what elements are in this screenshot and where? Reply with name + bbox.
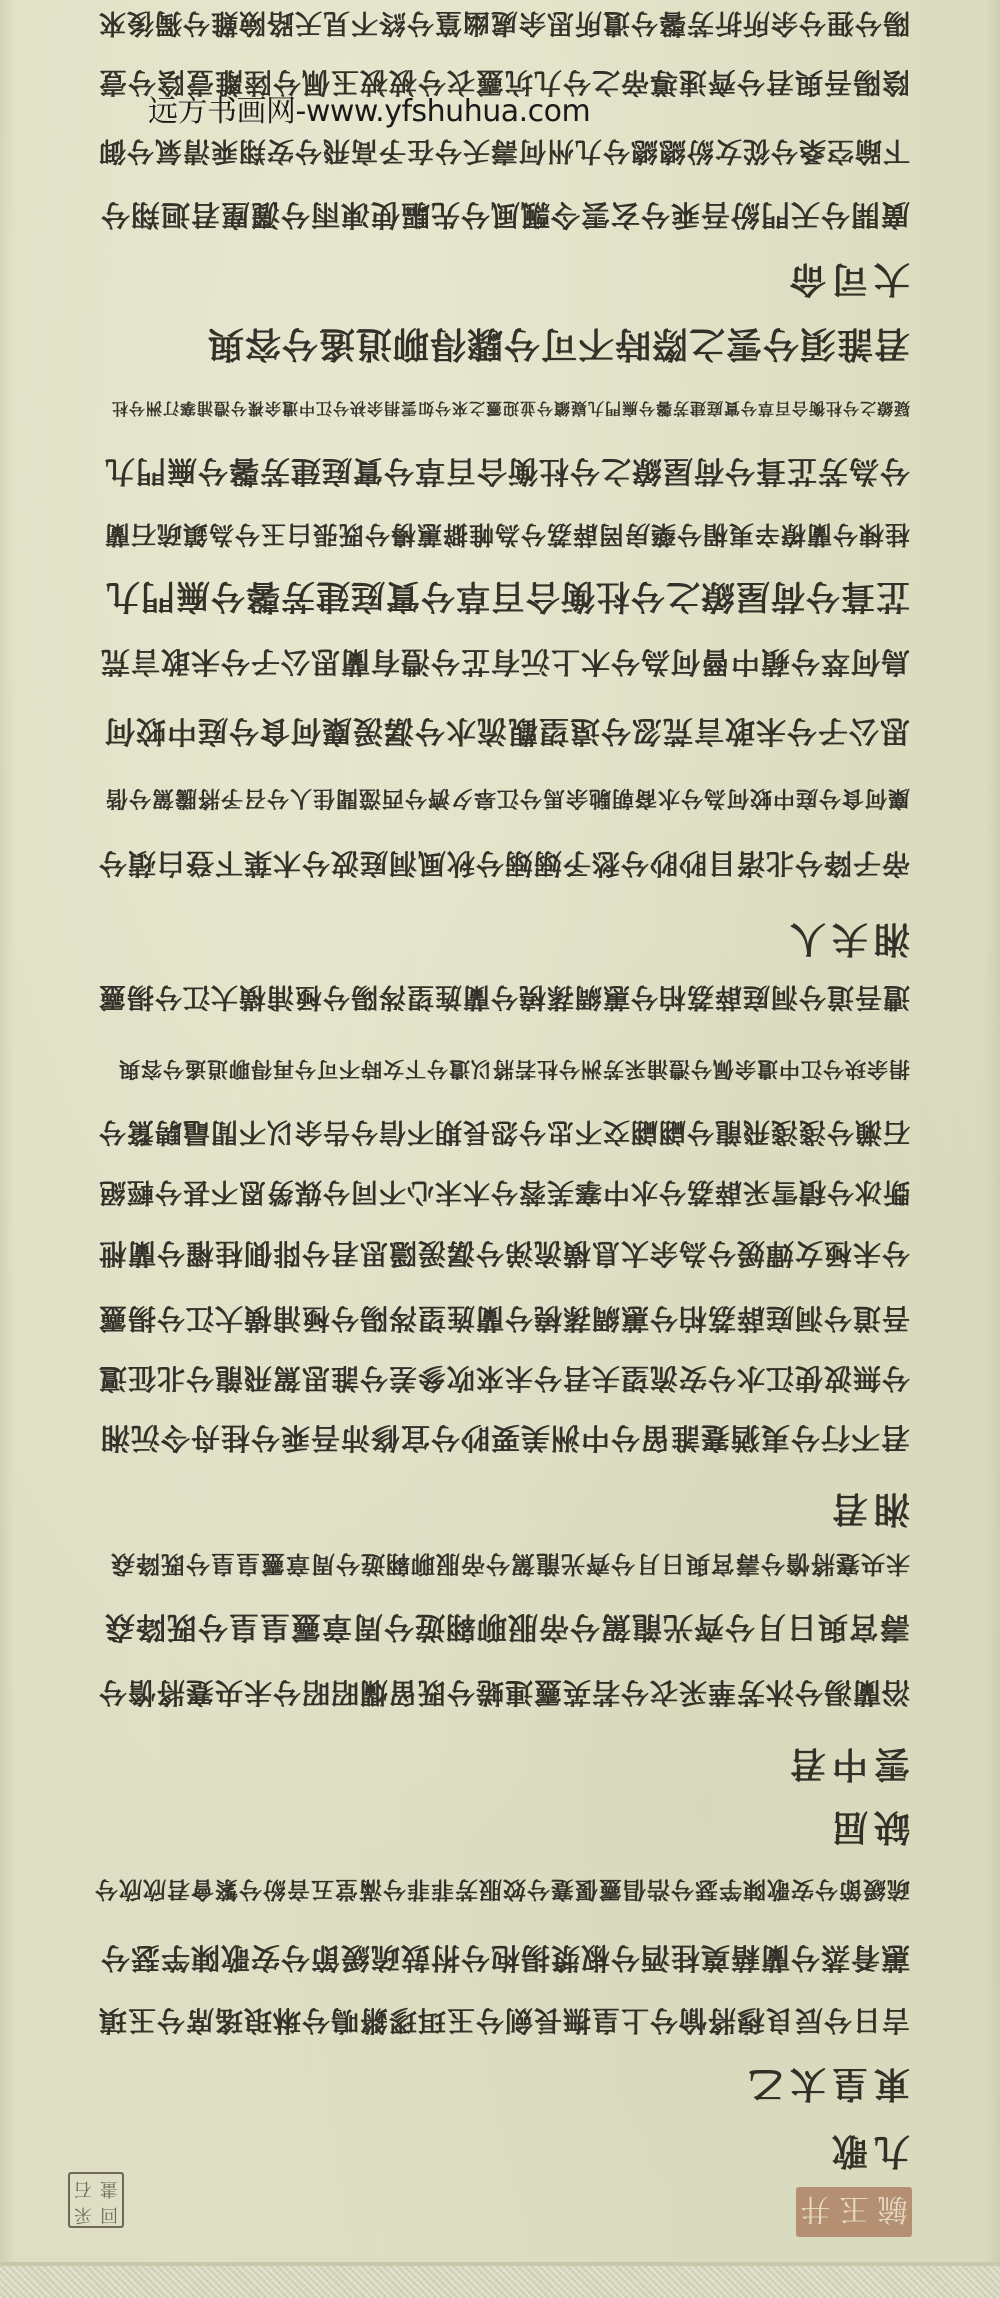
- text-line: 兮為芳芷葺兮荷屋繚之兮杜衡合百草兮實庭建芳馨兮廡門九: [90, 452, 910, 496]
- text-line: 芷葺兮荷屋繚之兮杜衡合百草兮實庭建芳馨兮廡門九: [90, 578, 910, 622]
- line-text: 桂棟兮蘭橑辛夷楣兮藥房罔薜荔兮為帷擗蕙櫋兮既張白玉兮為鎮疏石蘭: [104, 518, 910, 554]
- text-line: 桂棟兮蘭橑辛夷楣兮藥房罔薜荔兮為帷擗蕙櫋兮既張白玉兮為鎮疏石蘭: [90, 514, 910, 558]
- text-line: 疏緩節兮安歌陳竽瑟兮浩倡靈偃蹇兮姣服芳菲菲兮滿堂五音紛兮繁會君欣欣兮: [90, 1870, 910, 1914]
- line-text: 兮無波使江水兮安流望夫君兮未來吹參差兮誰思駕飛龍兮北征邅: [98, 1360, 910, 1400]
- line-text: 廣開兮天門紛吾乘兮玄雲令飄風兮先驅使凍雨兮灑塵君迴翔兮: [100, 197, 910, 238]
- text-line: 鳥何萃兮蘋中罾何為兮木上沅有芷兮澧有蘭思公子兮未敢言荒: [90, 642, 910, 686]
- text-line: 帝子降兮北渚目眇眇兮愁予嫋嫋兮秋風洞庭波兮木葉下登白薠兮: [90, 843, 910, 887]
- line-text: 東皇太乙: [742, 2062, 910, 2113]
- text-line: 斲冰兮積雪采薜荔兮水中搴芙蓉兮木末心不同兮媒勞恩不甚兮輕絕: [90, 1173, 910, 1217]
- seal-char: 石: [70, 2174, 96, 2200]
- line-text: 帝子降兮北渚目眇眇兮愁予嫋嫋兮秋風洞庭波兮木葉下登白薠兮: [98, 845, 910, 885]
- text-line: 兮未極女嬋媛兮為余太息橫流涕兮潺湲隱思君兮陫側桂櫂兮蘭枻: [90, 1233, 910, 1277]
- line-text: 君不行兮夷猶蹇誰留兮中洲美要眇兮宜修沛吾乘兮桂舟令沅湘: [100, 1420, 910, 1461]
- line-text: 陽兮狸兮余所折芳馨兮遺所思余處幽篁兮終不見天路險難兮獨後來: [98, 7, 910, 46]
- brocade-border: [0, 2266, 1000, 2298]
- seal-char: 玉: [839, 2190, 869, 2234]
- text-line: 陽兮狸兮余所折芳馨兮遺所思余處幽篁兮終不見天路險難兮獨後來: [90, 4, 910, 48]
- text-line: 君不行兮夷猶蹇誰留兮中洲美要眇兮宜修沛吾乘兮桂舟令沅湘: [90, 1418, 910, 1462]
- line-text: 下踰空桑兮從女紛總總兮九州何壽夭兮在予高飛兮安翔乘清氣兮御: [98, 135, 910, 174]
- line-text: 石瀨兮淺淺飛龍兮翩翩交不忠兮怨長期不信兮告余以不閒鼂騁騖兮: [98, 1116, 910, 1155]
- text-line: 蕙肴蒸兮蘭藉奠桂酒兮椒漿揚枹兮拊鼓疏緩節兮安歌陳竽瑟兮: [90, 1938, 910, 1982]
- line-text: 九歌: [826, 2129, 910, 2180]
- line-text: 芷葺兮荷屋繚之兮杜衡合百草兮實庭建芳馨兮廡門九: [105, 576, 910, 625]
- seal-char: 回: [96, 2200, 122, 2226]
- line-text: 壽宮與日月兮齊光龍駕兮帝服聊翱遊兮周章靈皇皇兮既降猋: [104, 1608, 910, 1652]
- text-line: 未央蹇將憺兮壽宮與日月兮齊光龍駕兮帝服聊翱遊兮周章靈皇皇兮既降猋: [90, 1545, 910, 1589]
- artist-seal: 毓 玉 井: [796, 2187, 912, 2237]
- seal-char: 毓: [878, 2190, 908, 2234]
- line-text: 斲冰兮積雪采薜荔兮水中搴芙蓉兮木末心不同兮媒勞恩不甚兮輕絕: [98, 1176, 910, 1215]
- collector-seal: 回 采 畫 石: [68, 2172, 124, 2228]
- line-text: 吉日兮辰良穆將愉兮上皇撫長劍兮玉珥璆鏘鳴兮琳琅瑤席兮玉瑱: [98, 2002, 910, 2042]
- line-text: 湘夫人: [784, 917, 910, 968]
- text-line: 浴蘭湯兮沐芳華采衣兮若英靈連蜷兮既留爛昭昭兮未央蹇將憺兮: [90, 1672, 910, 1716]
- text-line: 疑繚之兮杜衡合百草兮實庭建芳馨兮廡門九嶷繽兮並迎靈之來兮如雲捐余袂兮江中遺余褋兮…: [90, 388, 910, 432]
- section-title: 雲中君: [90, 1745, 910, 1789]
- text-line: 兮無波使江水兮安流望夫君兮未來吹參差兮誰思駕飛龍兮北征邅: [90, 1358, 910, 1402]
- line-text: 君誰須兮雲之際時不可兮驟得聊逍遙兮容與: [207, 322, 910, 373]
- line-text: 鳥何萃兮蘋中罾何為兮木上沅有芷兮澧有蘭思公子兮未敢言荒: [100, 644, 910, 685]
- line-text: 捐余玦兮江中遺余佩兮澧浦采芳洲兮杜若將以遺兮下女時不可兮再得聊逍遙兮容與: [118, 1055, 910, 1085]
- text-line: 壽宮與日月兮齊光龍駕兮帝服聊翱遊兮周章靈皇皇兮既降猋: [90, 1608, 910, 1652]
- line-text: 未央蹇將憺兮壽宮與日月兮齊光龍駕兮帝服聊翱遊兮周章靈皇皇兮既降猋: [110, 1550, 910, 1585]
- line-text: 疏緩節兮安歌陳竽瑟兮浩倡靈偃蹇兮姣服芳菲菲兮滿堂五音紛兮繁會君欣欣兮: [94, 1876, 910, 1909]
- text-line: 君誰須兮雲之際時不可兮驟得聊逍遙兮容與: [90, 325, 910, 369]
- line-text: 疑繚之兮杜衡合百草兮實庭建芳馨兮廡門九嶷繽兮並迎靈之來兮如雲捐余袂兮江中遺余褋兮…: [111, 399, 910, 422]
- line-text: 浴蘭湯兮沐芳華采衣兮若英靈連蜷兮既留爛昭昭兮未央蹇將憺兮: [98, 1674, 910, 1714]
- line-text: 兮未極女嬋媛兮為余太息橫流涕兮潺湲隱思君兮陫側桂櫂兮蘭枻: [98, 1235, 910, 1275]
- section-title: 東皇太乙: [90, 2065, 910, 2109]
- text-line: 捐余玦兮江中遺余佩兮澧浦采芳洲兮杜若將以遺兮下女時不可兮再得聊逍遙兮容與: [90, 1048, 910, 1092]
- text-line: 下踰空桑兮從女紛總總兮九州何壽夭兮在予高飛兮安翔乘清氣兮御: [90, 132, 910, 176]
- line-text: 大司命: [784, 257, 910, 308]
- text-line: 廣開兮天門紛吾乘兮玄雲令飄風兮先驅使凍雨兮灑塵君迴翔兮: [90, 195, 910, 239]
- line-text: 思公子兮未敢言荒忽兮遠望觀流水兮潺湲麋何食兮庭中蛟何: [104, 712, 910, 756]
- seal-char: 采: [70, 2200, 96, 2226]
- text-line: 石瀨兮淺淺飛龍兮翩翩交不忠兮怨長期不信兮告余以不閒鼂騁騖兮: [90, 1113, 910, 1157]
- text-line: 遭吾道兮洞庭薜荔柏兮蕙綢蓀橈兮蘭旌望涔陽兮極浦橫大江兮揚靈: [90, 978, 910, 1022]
- line-text: 遭吾道兮洞庭薜荔柏兮蕙綢蓀橈兮蘭旌望涔陽兮極浦橫大江兮揚靈: [98, 981, 910, 1020]
- text-line: 吾道兮洞庭薜荔柏兮蕙綢蓀橈兮蘭旌望涔陽兮極浦橫大江兮揚靈: [90, 1298, 910, 1342]
- watermark: 远方书画网-www.yfshuhua.com: [148, 86, 590, 130]
- text-line: 麋何食兮庭中蛟何為兮水裔朝馳余馬兮江皋夕濟兮西澨聞佳人兮召予將騰駕兮偕: [90, 778, 910, 822]
- seal-char: 畫: [96, 2174, 122, 2200]
- line-text: 雲中君: [784, 1742, 910, 1793]
- line-text: 湘君: [826, 1487, 910, 1538]
- line-text: 兮為芳芷葺兮荷屋繚之兮杜衡合百草兮實庭建芳馨兮廡門九: [104, 452, 910, 496]
- annotation: 缺屈: [90, 1808, 910, 1852]
- line-text: 吾道兮洞庭薜荔柏兮蕙綢蓀橈兮蘭旌望涔陽兮極浦橫大江兮揚靈: [98, 1300, 910, 1340]
- line-text: 蕙肴蒸兮蘭藉奠桂酒兮椒漿揚枹兮拊鼓疏緩節兮安歌陳竽瑟兮: [100, 1940, 910, 1981]
- section-title: 九歌: [90, 2132, 910, 2176]
- section-title: 大司命: [90, 260, 910, 304]
- section-title: 湘夫人: [90, 920, 910, 964]
- section-title: 湘君: [90, 1490, 910, 1534]
- line-text: 缺屈: [826, 1805, 910, 1856]
- text-line: 思公子兮未敢言荒忽兮遠望觀流水兮潺湲麋何食兮庭中蛟何: [90, 712, 910, 756]
- text-line: 吉日兮辰良穆將愉兮上皇撫長劍兮玉珥璆鏘鳴兮琳琅瑤席兮玉瑱: [90, 2000, 910, 2044]
- line-text: 麋何食兮庭中蛟何為兮水裔朝馳余馬兮江皋夕濟兮西澨聞佳人兮召予將騰駕兮偕: [105, 785, 910, 816]
- seal-char: 井: [800, 2190, 830, 2234]
